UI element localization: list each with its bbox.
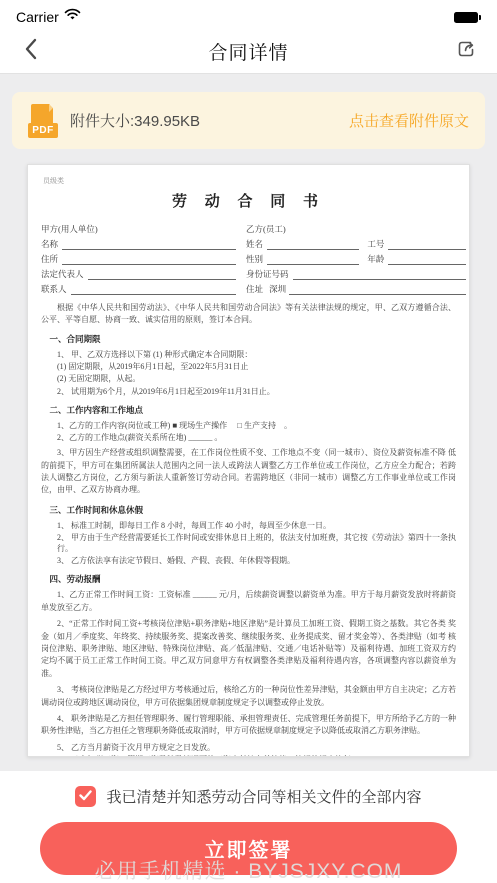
doc-sections: 一、合同期限1、 甲、乙双方选择以下第 (1) 种形式确定本合同期限：(1) 固… <box>41 333 456 757</box>
company-name-label: 名称 <box>41 238 58 250</box>
employee-name-label: 姓名 <box>246 238 263 250</box>
doc-paragraph: 2、乙方的工作地点(薪资关系所在地) ______ 。 <box>41 432 456 443</box>
app-screen: Carrier 合同详情 <box>0 0 497 883</box>
doc-paragraph: 4、 职务津贴是乙方担任管理职务、履行管理职能、承担管理责任、完成管理任务前提下… <box>41 713 456 738</box>
legal-rep-label: 法定代表人 <box>41 268 84 280</box>
document-preview: 员级类 劳 动 合 同 书 甲方(用人单位) 乙方(员工) 名称 姓名 <box>27 164 470 757</box>
checkmark-icon <box>79 788 92 806</box>
carrier-label: Carrier <box>16 9 59 25</box>
contract-intro: 根据《中华人民共和国劳动法》、《中华人民共和国劳动合同法》等有关法律法规的规定，… <box>41 302 456 326</box>
back-chevron-icon <box>24 38 38 65</box>
contract-document: 员级类 劳 动 合 同 书 甲方(用人单位) 乙方(员工) 名称 姓名 <box>27 164 470 757</box>
doc-paragraph: 1、 标准工时制，即每日工作 8 小时，每周工作 40 小时，每周至少休息一日。 <box>41 520 456 531</box>
gender-blank <box>267 254 359 265</box>
page-title: 合同详情 <box>0 38 497 65</box>
attachment-size-label: 附件大小:349.95KB <box>70 110 200 131</box>
share-button[interactable] <box>449 35 483 69</box>
section-heading: 三、工作时间和休息休假 <box>41 504 456 516</box>
contract-header-fields: 甲方(用人单位) 乙方(员工) 名称 姓名 工号 <box>41 220 456 295</box>
doc-paragraph: (1) 固定期限，从2019年6月1日起，至2022年5月31日止 <box>41 361 456 372</box>
age-label: 年龄 <box>367 253 384 265</box>
sign-now-button[interactable]: 立即签署 <box>40 822 457 875</box>
status-bar: Carrier <box>0 0 497 30</box>
doc-paragraph: 2、“正常工作时间工资+考核岗位津贴+职务津贴+地区津贴”是计算员工加班工资、假… <box>41 618 456 680</box>
section-heading: 四、劳动报酬 <box>41 573 456 585</box>
doc-paragraph: 3、甲方因生产经营或组织调整需要，在工作岗位性质不变、工作地点不变（同一城市）、… <box>41 447 456 497</box>
contract-title: 劳 动 合 同 书 <box>41 190 456 211</box>
agree-label: 我已清楚并知悉劳动合同等相关文件的全部内容 <box>106 786 421 807</box>
employee-no-blank <box>388 239 466 250</box>
gender-label: 性别 <box>246 253 263 265</box>
pdf-badge-label: PDF <box>28 123 58 138</box>
doc-paragraph: 6、 乙方加班工资、假期工资及特殊情况下的工资支付按有关法律、法规的规定执行。 <box>41 754 456 757</box>
employee-no-label: 工号 <box>367 238 384 250</box>
party-b-header: 乙方(员工) <box>246 223 286 235</box>
section-heading: 二、工作内容和工作地点 <box>41 404 456 416</box>
company-name-blank <box>62 239 236 250</box>
battery-icon <box>454 12 481 23</box>
doc-paragraph: 3、 乙方依法享有法定节假日、婚假、产假、丧假、年休假等假期。 <box>41 555 456 566</box>
doc-paragraph: 1、 甲、乙双方选择以下第 (1) 种形式确定本合同期限： <box>41 349 456 360</box>
agree-checkbox-row[interactable]: 我已清楚并知悉劳动合同等相关文件的全部内容 <box>0 786 497 807</box>
id-number-label: 身份证号码 <box>246 268 289 280</box>
doc-paragraph: 3、 考核岗位津贴是乙方经过甲方考核通过后，核给乙方的一种岗位性差异津贴，其金额… <box>41 684 456 709</box>
doc-paragraph: (2) 无固定期限，从起。 <box>41 373 456 384</box>
view-attachment-link[interactable]: 点击查看附件原文 <box>349 110 469 131</box>
wifi-icon <box>64 8 81 26</box>
age-blank <box>388 254 466 265</box>
back-button[interactable] <box>14 35 48 69</box>
agree-checkbox[interactable] <box>75 786 96 807</box>
company-address-label: 住所 <box>41 253 58 265</box>
nav-bar: 合同详情 <box>0 30 497 74</box>
doc-paragraph: 1、乙方的工作内容(岗位或工种) ■ 现场生产操作 □ 生产支持 。 <box>41 420 456 431</box>
company-address-blank <box>62 254 236 265</box>
residence-value: 深圳 <box>269 283 286 295</box>
share-icon <box>455 38 477 65</box>
content-area: PDF 附件大小:349.95KB 点击查看附件原文 员级类 劳 动 合 同 书… <box>0 74 497 771</box>
doc-paragraph: 2、 试用期为6个月，从2019年6月1日起至2019年11月31日止。 <box>41 386 456 397</box>
contact-blank <box>71 284 237 295</box>
doc-paragraph: 1、乙方正常工作时间工资：工资标准 ______ 元/月，后续薪资调整以薪资单为… <box>41 589 456 614</box>
residence-label: 住址 <box>246 283 263 295</box>
section-heading: 一、合同期限 <box>41 333 456 345</box>
attachment-banner[interactable]: PDF 附件大小:349.95KB 点击查看附件原文 <box>12 92 485 149</box>
doc-corner-note: 员级类 <box>43 176 456 186</box>
employee-name-blank <box>267 239 359 250</box>
id-number-blank <box>293 269 466 280</box>
contact-label: 联系人 <box>41 283 67 295</box>
legal-rep-blank <box>88 269 237 280</box>
party-a-header: 甲方(用人单位) <box>41 223 98 235</box>
doc-paragraph: 2、 甲方由于生产经营需要延长工作时间或安排休息日上班的，依法支付加班费，其它按… <box>41 532 456 554</box>
footer: 我已清楚并知悉劳动合同等相关文件的全部内容 立即签署 必用手机精选 · BYJS… <box>0 771 497 883</box>
residence-blank <box>289 284 466 295</box>
pdf-file-icon: PDF <box>28 104 58 138</box>
doc-paragraph: 5、 乙方当月薪资于次月甲方规定之日发放。 <box>41 742 456 753</box>
